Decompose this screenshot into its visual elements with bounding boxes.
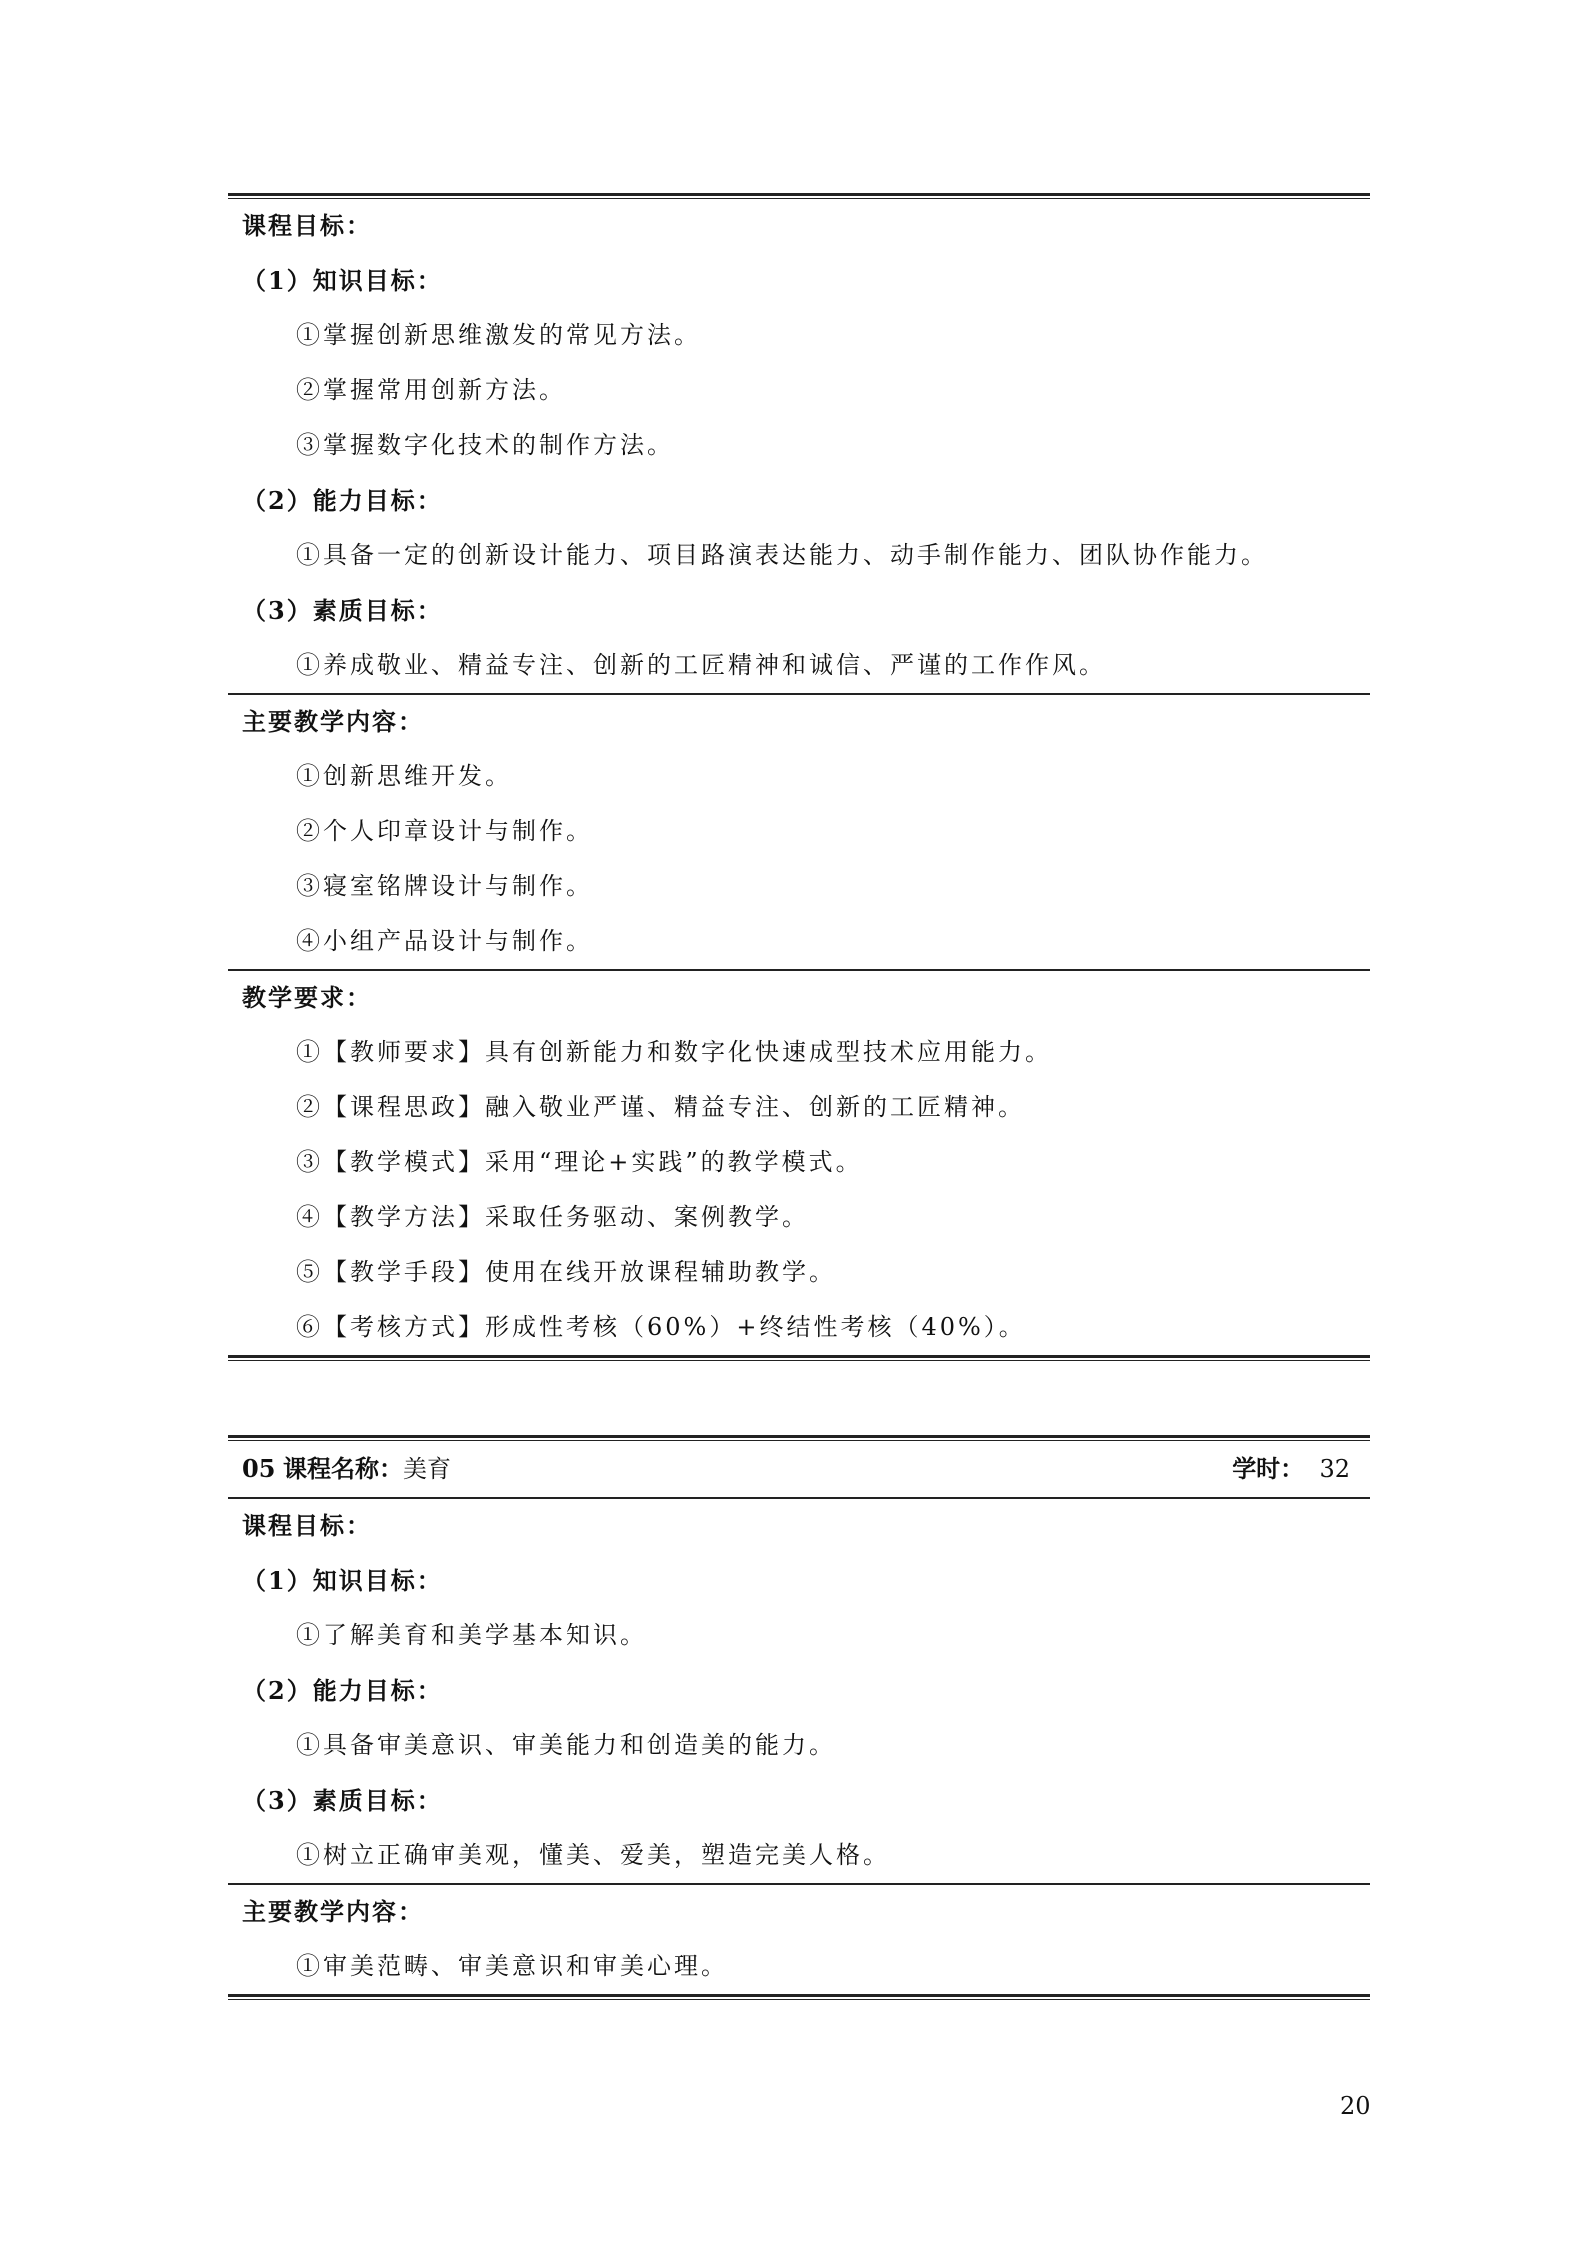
requirement-item: ③【教学模式】采用“理论+实践”的教学模式。 — [228, 1135, 1370, 1190]
course-goals-heading: 课程目标： — [228, 199, 1370, 253]
requirement-item: ⑥【考核方式】形成性考核（60%）+终结性考核（40%）。 — [228, 1300, 1370, 1355]
document-page: 课程目标： （1）知识目标： ①掌握创新思维激发的常见方法。 ②掌握常用创新方法… — [228, 193, 1370, 2000]
ability-item: ①具备一定的创新设计能力、项目路演表达能力、动手制作能力、团队协作能力。 — [228, 528, 1370, 583]
page-number: 20 — [1340, 2092, 1371, 2120]
requirement-item: ②【课程思政】融入敬业严谨、精益专注、创新的工匠精神。 — [228, 1080, 1370, 1135]
requirement-item: ⑤【教学手段】使用在线开放课程辅助教学。 — [228, 1245, 1370, 1300]
requirement-item: ④【教学方法】采取任务驱动、案例教学。 — [228, 1190, 1370, 1245]
quality-goals-heading: （3）素质目标： — [228, 1773, 1370, 1828]
teaching-requirements-heading: 教学要求： — [228, 971, 1370, 1025]
ability-goals-heading: （2）能力目标： — [228, 473, 1370, 528]
requirement-item: ①【教师要求】具有创新能力和数字化快速成型技术应用能力。 — [228, 1025, 1370, 1080]
course-title: 05 课程名称：美育 — [242, 1441, 451, 1497]
teaching-content-heading: 主要教学内容： — [228, 695, 1370, 749]
knowledge-item: ③掌握数字化技术的制作方法。 — [228, 418, 1370, 473]
course-goals-heading: 课程目标： — [228, 1499, 1370, 1553]
knowledge-item: ①了解美育和美学基本知识。 — [228, 1608, 1370, 1663]
quality-goals-heading: （3）素质目标： — [228, 583, 1370, 638]
teaching-content-heading: 主要教学内容： — [228, 1885, 1370, 1939]
quality-item: ①养成敬业、精益专注、创新的工匠精神和诚信、严谨的工作作风。 — [228, 638, 1370, 693]
knowledge-goals-heading: （1）知识目标： — [228, 253, 1370, 308]
course-hours: 学时： 32 — [1232, 1441, 1350, 1497]
content-item: ④小组产品设计与制作。 — [228, 914, 1370, 969]
knowledge-item: ①掌握创新思维激发的常见方法。 — [228, 308, 1370, 363]
ability-item: ①具备审美意识、审美能力和创造美的能力。 — [228, 1718, 1370, 1773]
content-item: ①审美范畴、审美意识和审美心理。 — [228, 1939, 1370, 1994]
content-item: ②个人印章设计与制作。 — [228, 804, 1370, 859]
content-item: ①创新思维开发。 — [228, 749, 1370, 804]
knowledge-goals-heading: （1）知识目标： — [228, 1553, 1370, 1608]
quality-item: ①树立正确审美观，懂美、爱美，塑造完美人格。 — [228, 1828, 1370, 1883]
ability-goals-heading: （2）能力目标： — [228, 1663, 1370, 1718]
section-divider — [228, 1994, 1370, 2000]
knowledge-item: ②掌握常用创新方法。 — [228, 363, 1370, 418]
course-header: 05 课程名称：美育 学时： 32 — [228, 1441, 1370, 1497]
content-item: ③寝室铭牌设计与制作。 — [228, 859, 1370, 914]
